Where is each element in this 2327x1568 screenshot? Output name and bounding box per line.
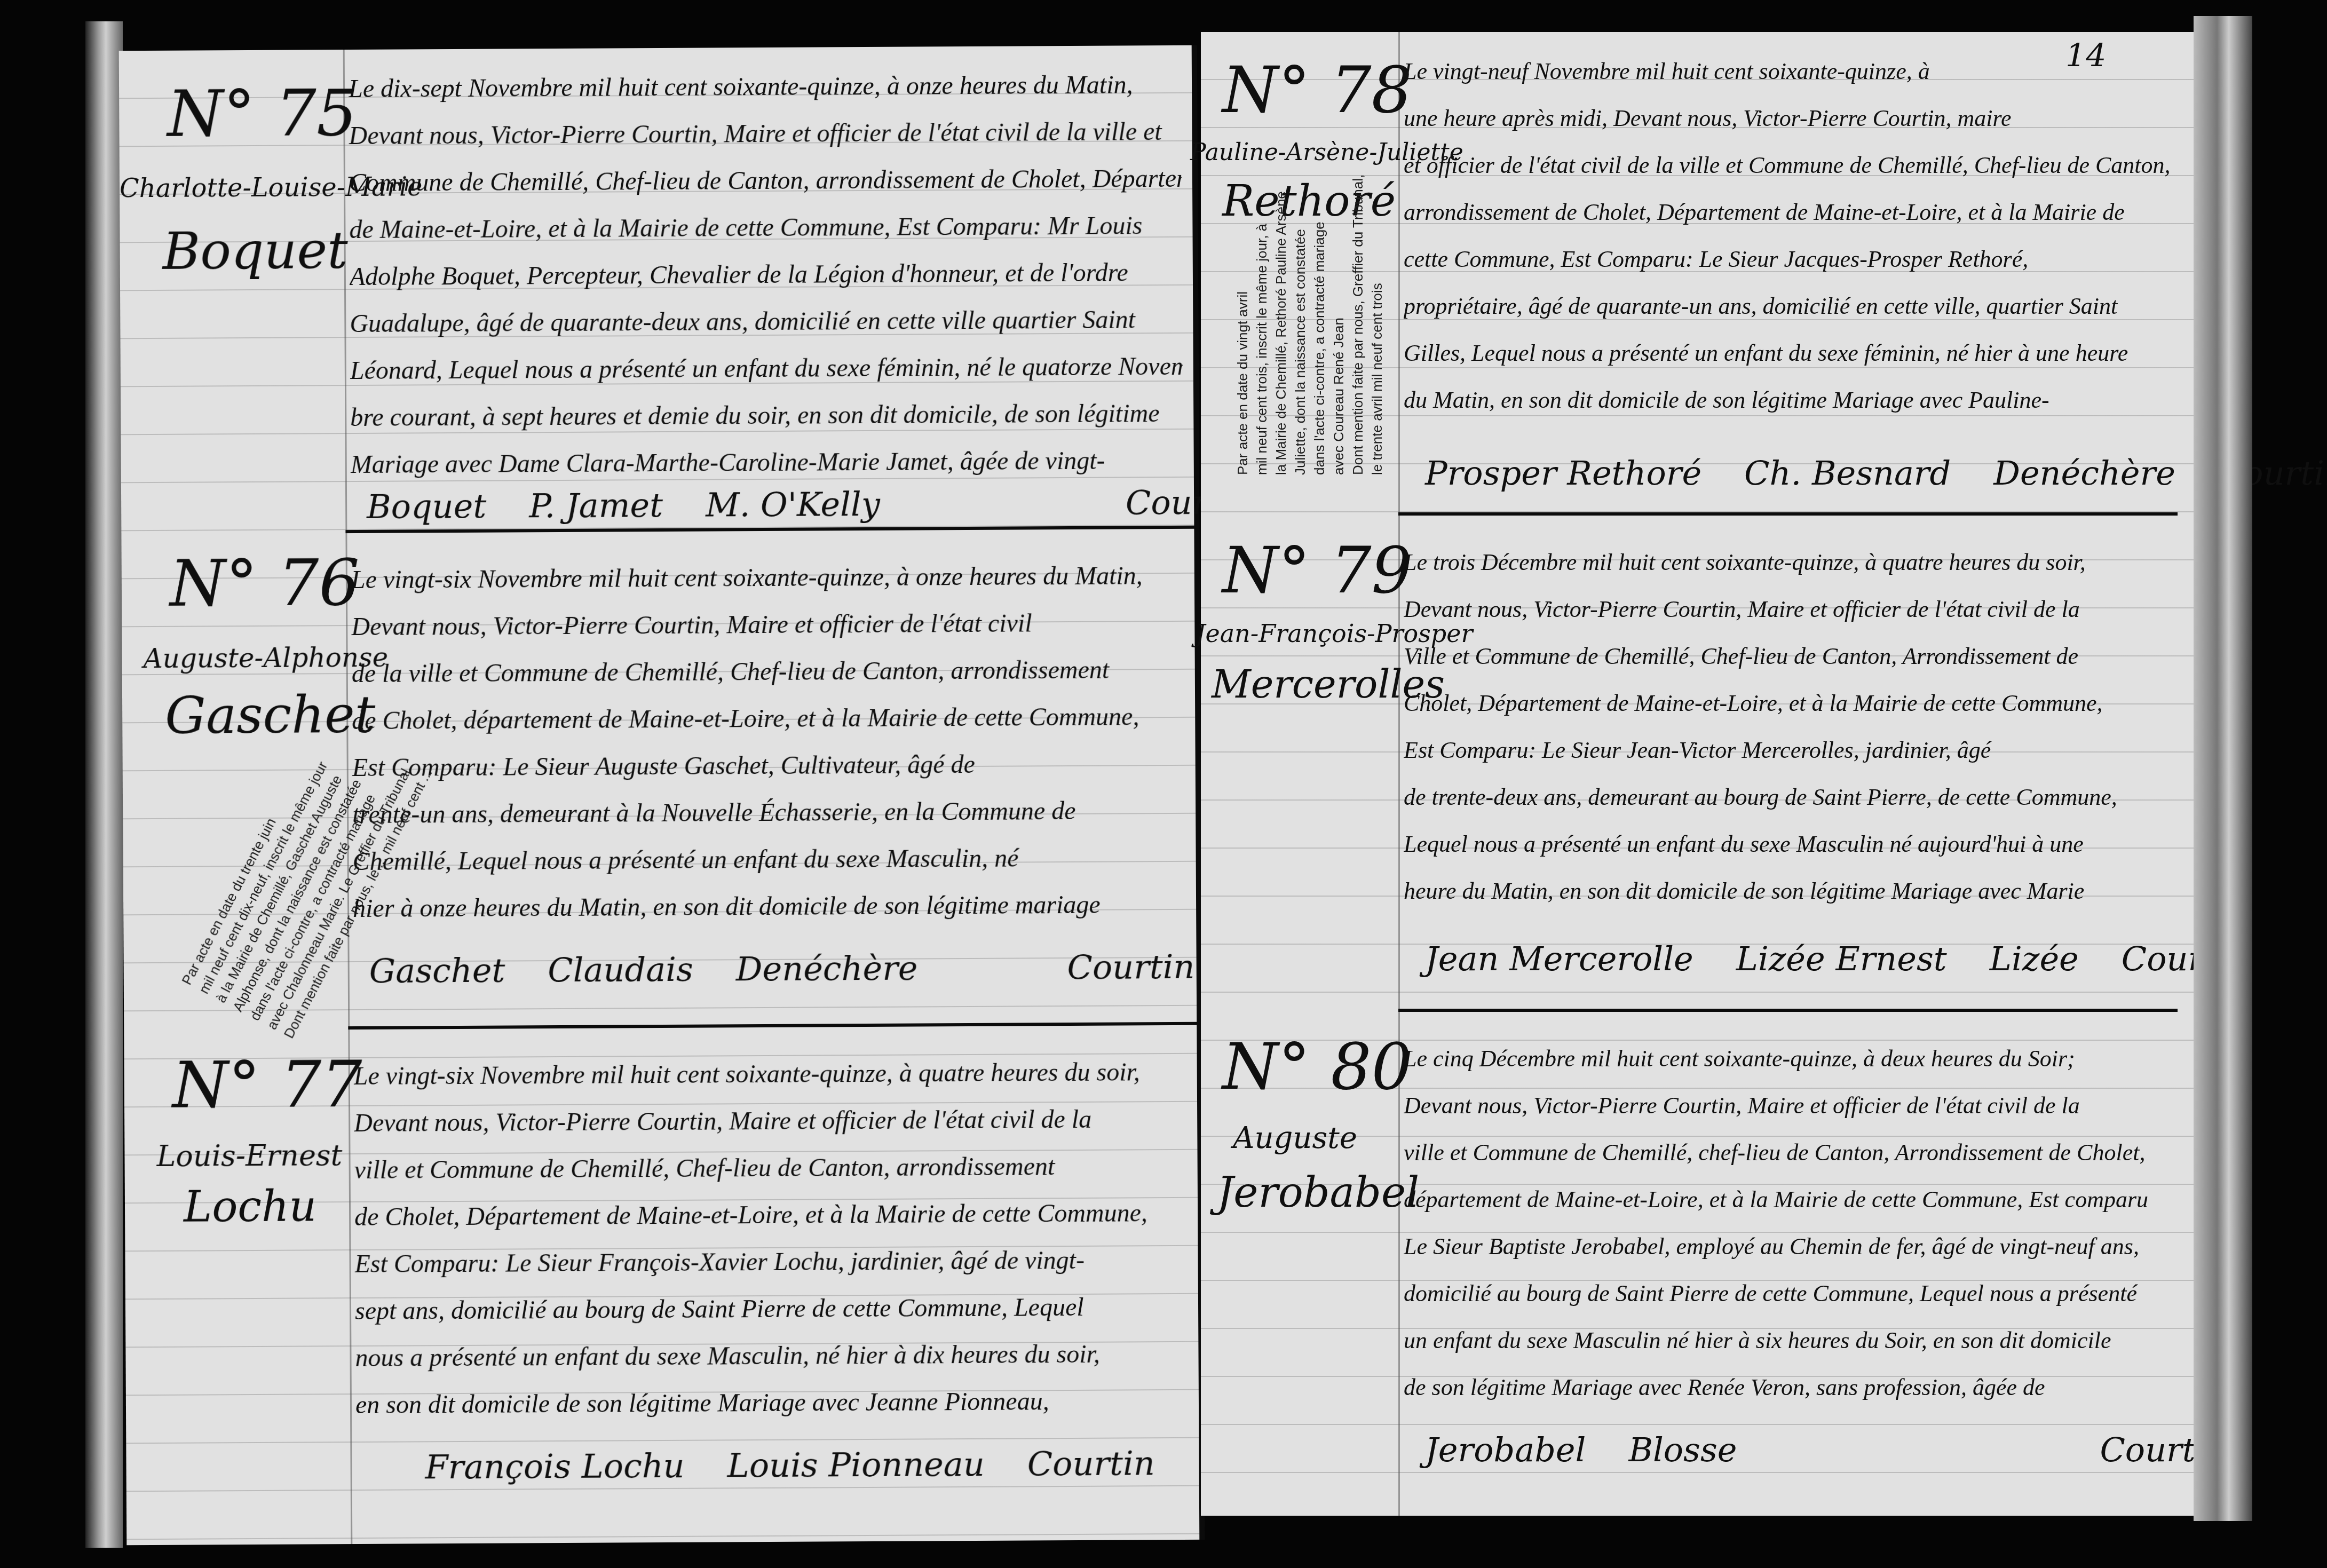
- annotation-line: Par acte en date du vingt avril: [1233, 175, 1252, 475]
- text-line: Devant nous, Victor-Pierre Courtin, Mair…: [351, 599, 1184, 651]
- text-line: de son légitime Mariage avec Renée Veron…: [1404, 1364, 2183, 1411]
- signature: Lizée: [1990, 939, 2079, 978]
- signature: Courtin: [1027, 1444, 1155, 1483]
- entry-number: N° 78: [1222, 59, 1412, 123]
- text-line: Ville et Commune de Chemillé, Chef-lieu …: [1404, 633, 2183, 680]
- signature: Claudais: [548, 950, 693, 989]
- text-line: Lequel nous a présenté un enfant du sexe…: [1404, 821, 2183, 868]
- text-line: Chemillé, Lequel nous a présenté un enfa…: [352, 834, 1185, 885]
- signatures: Gaschet Claudais Denéchère Courtin: [369, 947, 1195, 991]
- text-line: Léonard, Lequel nous a présenté un enfan…: [350, 343, 1183, 394]
- surname: Lochu: [184, 1181, 317, 1231]
- text-line: Adolphe Boquet, Percepteur, Chevalier de…: [350, 249, 1182, 300]
- text-line: Devant nous, Victor-Pierre Courtin, Mair…: [1404, 1082, 2183, 1129]
- text-line: bre courant, à sept heures et demie du s…: [350, 390, 1183, 441]
- signatures: François Lochu Louis Pionneau Courtin: [425, 1444, 1155, 1486]
- annotation-line: Juliette, dont la naissance est constaté…: [1291, 175, 1310, 475]
- entry-76: N° 76 Auguste-Alphonse Gaschet Par acte …: [121, 531, 1197, 1028]
- entry-divider: [1398, 1009, 2178, 1012]
- text-line: Commune de Chemillé, Chef-lieu de Canton…: [349, 155, 1182, 207]
- annotation-line: avec Coureau René Jean: [1329, 175, 1348, 475]
- text-line: Mariage avec Dame Clara-Marthe-Caroline-…: [351, 437, 1183, 488]
- entry-number: N° 75: [167, 82, 357, 147]
- text-line: de Cholet, département de Maine-et-Loire…: [352, 693, 1184, 745]
- text-line: Gilles, Lequel nous a présenté un enfant…: [1404, 330, 2183, 377]
- signature: M. O'Kelly: [706, 485, 880, 525]
- text-line: Cholet, Département de Maine-et-Loire, e…: [1404, 680, 2183, 727]
- text-line: Le trois Décembre mil huit cent soixante…: [1404, 539, 2183, 586]
- text-line: Le Sieur Baptiste Jerobabel, employé au …: [1404, 1223, 2183, 1270]
- text-line: département de Maine-et-Loire, et à la M…: [1404, 1176, 2183, 1223]
- entry-77: N° 77 Louis-Ernest Lochu Le vingt-six No…: [124, 1027, 1199, 1524]
- entry-text: Le vingt-neuf Novembre mil huit cent soi…: [1404, 48, 2183, 424]
- marriage-margin-annotation: Par acte en date du vingt avril mil neuf…: [1233, 175, 1387, 475]
- text-line: de la ville et Commune de Chemillé, Chef…: [352, 646, 1184, 698]
- text-line: et officier de l'état civil de la ville …: [1404, 142, 2183, 189]
- text-line: hier à onze heures du Matin, en son dit …: [353, 881, 1185, 932]
- entry-79: N° 79 Jean-François-Prosper Mercerolles …: [1201, 518, 2194, 1009]
- text-line: Devant nous, Victor-Pierre Courtin, Mair…: [349, 108, 1181, 160]
- signature: Jean Mercerolle: [1425, 939, 1693, 978]
- text-line: trente-un ans, demeurant à la Nouvelle É…: [352, 787, 1185, 838]
- entry-text: Le dix-sept Novembre mil huit cent soixa…: [349, 61, 1183, 488]
- text-line: de Maine-et-Loire, et à la Mairie de cet…: [349, 202, 1182, 254]
- signatures: Boquet P. Jamet M. O'Kelly Courtin: [367, 482, 1253, 526]
- signature: Gaschet: [369, 951, 505, 991]
- text-line: sept ans, domicilié au bourg de Saint Pi…: [355, 1284, 1188, 1335]
- text-line: Est Comparu: Le Sieur François-Xavier Lo…: [354, 1237, 1187, 1288]
- surname: Jerobabel: [1217, 1169, 1419, 1217]
- signature: Lizée Ernest: [1736, 939, 1947, 978]
- annotation-line: dans l'acte ci-contre, a contracté maria…: [1310, 175, 1329, 475]
- text-line: domicilié au bourg de Saint Pierre de ce…: [1404, 1270, 2183, 1317]
- entry-number: N° 80: [1222, 1035, 1412, 1099]
- text-line: cette Commune, Est Comparu: Le Sieur Jac…: [1404, 236, 2183, 283]
- annotation-line: le trente avril mil neuf cent trois: [1367, 175, 1387, 475]
- text-line: de trente-deux ans, demeurant au bourg d…: [1404, 774, 2183, 821]
- text-line: Le dix-sept Novembre mil huit cent soixa…: [349, 61, 1181, 113]
- entry-divider: [1398, 512, 2178, 516]
- annotation-line: Dont mention faite par nous, Greffier du…: [1348, 175, 1367, 475]
- text-line: heure du Matin, en son dit domicile de s…: [1404, 868, 2183, 915]
- signatures: Prosper Rethoré Ch. Besnard Denéchère Co…: [1425, 454, 2327, 493]
- given-names: Auguste: [1233, 1121, 1357, 1155]
- text-line: Devant nous, Victor-Pierre Courtin, Mair…: [1404, 586, 2183, 633]
- text-line: en son dit domicile de son légitime Mari…: [355, 1377, 1188, 1429]
- text-line: Est Comparu: Le Sieur Jean-Victor Mercer…: [1404, 727, 2183, 774]
- signature: Boquet: [367, 487, 487, 526]
- text-line: de Cholet, Département de Maine-et-Loire…: [354, 1190, 1187, 1241]
- text-line: Est Comparu: Le Sieur Auguste Gaschet, C…: [352, 740, 1184, 791]
- annotation-line: la Mairie de Chemillé, Rethoré Pauline A…: [1271, 175, 1291, 475]
- entry-text: Le cinq Décembre mil huit cent soixante-…: [1404, 1035, 2183, 1411]
- signature: François Lochu: [425, 1446, 684, 1487]
- text-line: arrondissement de Cholet, Département de…: [1404, 189, 2183, 236]
- surname: Boquet: [162, 220, 348, 281]
- text-line: Le vingt-six Novembre mil huit cent soix…: [351, 552, 1184, 604]
- signatures: Jean Mercerolle Lizée Ernest Lizée Court…: [1425, 939, 2249, 978]
- signature: Louis Pionneau: [727, 1445, 984, 1485]
- signature: Courtin: [1067, 947, 1194, 987]
- book-edge-right: [2194, 16, 2252, 1521]
- signatures: Jerobabel Blosse Courtin: [1425, 1430, 2227, 1469]
- signature: Prosper Rethoré: [1425, 454, 1701, 493]
- signature: Jerobabel: [1425, 1430, 1586, 1469]
- entry-75: N° 75 Charlotte-Louise-Marie Boquet Le d…: [119, 45, 1194, 548]
- text-line: Le vingt-neuf Novembre mil huit cent soi…: [1404, 48, 2183, 95]
- annotation-line: mil neuf cent trois, inscrit le même jou…: [1252, 175, 1271, 475]
- entry-78: N° 78 Pauline-Arsène-Juliette Rethoré Pa…: [1201, 32, 2194, 528]
- text-line: un enfant du sexe Masculin né hier à six…: [1404, 1317, 2183, 1364]
- text-line: Le cinq Décembre mil huit cent soixante-…: [1404, 1035, 2183, 1082]
- signature: Denéchère: [1993, 454, 2175, 493]
- entry-text: Le vingt-six Novembre mil huit cent soix…: [354, 1049, 1189, 1429]
- entry-80: N° 80 Auguste Jerobabel Le cinq Décembre…: [1201, 1014, 2194, 1505]
- entry-number: N° 76: [170, 551, 360, 616]
- entry-text: Le vingt-six Novembre mil huit cent soix…: [351, 552, 1186, 932]
- signature: P. Jamet: [529, 486, 663, 525]
- signature: Denéchère: [736, 948, 918, 988]
- text-line: ville et Commune de Chemillé, chef-lieu …: [1404, 1129, 2183, 1176]
- signature: Ch. Besnard: [1744, 454, 1951, 493]
- given-names: Louis-Ernest: [156, 1138, 342, 1173]
- text-line: Guadalupe, âgé de quarante-deux ans, dom…: [350, 296, 1182, 347]
- right-page: 14 N° 78 Pauline-Arsène-Juliette Rethoré…: [1201, 32, 2194, 1516]
- text-line: Le vingt-six Novembre mil huit cent soix…: [354, 1049, 1186, 1100]
- entry-text: Le trois Décembre mil huit cent soixante…: [1404, 539, 2183, 915]
- signature: Blosse: [1628, 1430, 1737, 1469]
- text-line: ville et Commune de Chemillé, Chef-lieu …: [354, 1143, 1186, 1194]
- text-line: une heure après midi, Devant nous, Victo…: [1404, 95, 2183, 142]
- text-line: du Matin, en son dit domicile de son lég…: [1404, 377, 2183, 424]
- text-line: propriétaire, âgé de quarante-un ans, do…: [1404, 283, 2183, 330]
- text-line: Devant nous, Victor-Pierre Courtin, Mair…: [354, 1096, 1186, 1147]
- book-binding-left: [85, 21, 123, 1548]
- left-page: N° 75 Charlotte-Louise-Marie Boquet Le d…: [119, 45, 1205, 1546]
- entry-number: N° 79: [1222, 539, 1412, 603]
- text-line: nous a présenté un enfant du sexe Mascul…: [355, 1331, 1188, 1382]
- entry-number: N° 77: [172, 1053, 362, 1118]
